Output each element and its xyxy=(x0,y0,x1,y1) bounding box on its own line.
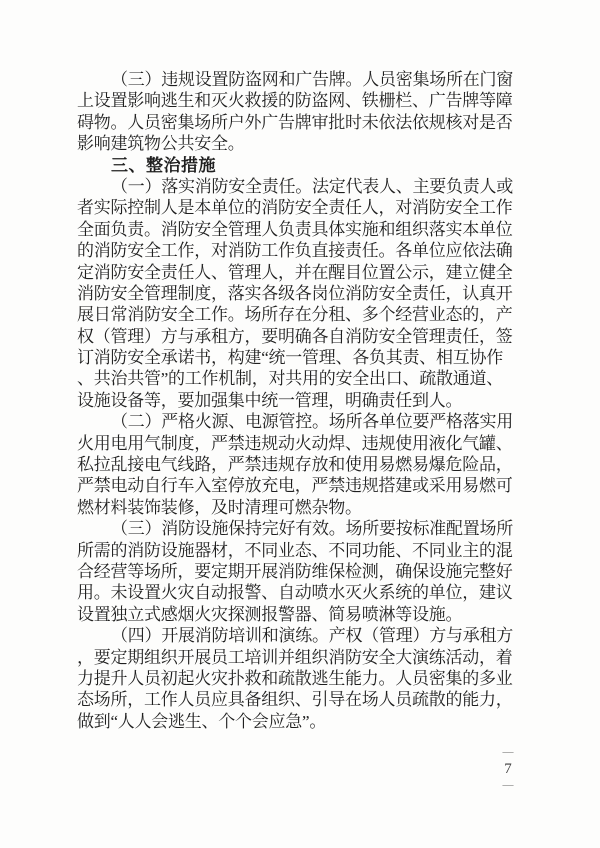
document-body: （三）违规设置防盗网和广告牌。人员密集场所在门窗上设置影响逃生和灭火救援的防盗网… xyxy=(77,69,522,732)
page-number-dash-bottom: — xyxy=(503,781,514,791)
text-line: 的消防安全工作，对消防工作负直接责任。各单位应依法确 xyxy=(77,240,522,261)
text-line: 定消防安全责任人、管理人，并在醒目位置公示，建立健全 xyxy=(77,262,522,283)
text-line: 设置独立式感烟火灾探测报警器、简易喷淋等设施。 xyxy=(77,604,522,625)
text-line: 私拉乱接电气线路，严禁违规存放和使用易燃易爆危险品， xyxy=(77,454,522,475)
text-line: 严禁电动自行车入室停放充电，严禁违规搭建或采用易燃可 xyxy=(77,475,522,496)
text-line: （四）开展消防培训和演练。产权（管理）方与承租方 xyxy=(77,625,522,646)
text-line: 展日常消防安全工作。场所存在分租、多个经营业态的，产 xyxy=(77,304,522,325)
text-line: 消防安全管理制度，落实各级各岗位消防安全责任，认真开 xyxy=(77,283,522,304)
document-page: （三）违规设置防盗网和广告牌。人员密集场所在门窗上设置影响逃生和灭火救援的防盗网… xyxy=(0,0,600,848)
text-line: （三）违规设置防盗网和广告牌。人员密集场所在门窗 xyxy=(77,69,522,90)
text-line: 力提升人员初起火灾扑救和疏散逃生能力。人员密集的多业 xyxy=(77,668,522,689)
page-number-value: 7 xyxy=(504,762,512,777)
page-number: — 7 — xyxy=(493,748,523,791)
text-line: 者实际控制人是本单位的消防安全责任人，对消防安全工作 xyxy=(77,197,522,218)
text-line: （二）严格火源、电源管控。场所各单位要严格落实用 xyxy=(77,411,522,432)
text-line: 权（管理）方与承租方，要明确各自消防安全管理责任，签 xyxy=(77,326,522,347)
text-line: 、共治共管”的工作机制，对共用的安全出口、疏散通道、 xyxy=(77,368,522,389)
text-line: 合经营等场所，要定期开展消防维保检测，确保设施完整好 xyxy=(77,561,522,582)
text-line: 燃材料装饰装修，及时清理可燃杂物。 xyxy=(77,497,522,518)
text-line: ，要定期组织开展员工培训并组织消防安全大演练活动，着 xyxy=(77,647,522,668)
text-line: （一）落实消防安全责任。法定代表人、主要负责人或 xyxy=(77,176,522,197)
text-line: 订消防安全承诺书，构建“统一管理、各负其责、相互协作 xyxy=(77,347,522,368)
text-line: 影响建筑物公共安全。 xyxy=(77,133,522,154)
section-heading: 三、整治措施 xyxy=(77,155,522,176)
text-line: 全面负责。消防安全管理人负责具体实施和组织落实本单位 xyxy=(77,219,522,240)
text-line: 用。未设置火灾自动报警、自动喷水灭火系统的单位，建议 xyxy=(77,582,522,603)
text-line: 做到“人人会逃生、个个会应急”。 xyxy=(77,711,522,732)
text-line: 碍物。人员密集场所户外广告牌审批时未依法依规核对是否 xyxy=(77,112,522,133)
text-line: 上设置影响逃生和灭火救援的防盗网、铁栅栏、广告牌等障 xyxy=(77,90,522,111)
text-line: 火用电用气制度，严禁违规动火动焊、违规使用液化气罐、 xyxy=(77,433,522,454)
text-line: 所需的消防设施器材，不同业态、不同功能、不同业主的混 xyxy=(77,540,522,561)
text-line: 态场所，工作人员应具备组织、引导在场人员疏散的能力， xyxy=(77,689,522,710)
page-number-dash-top: — xyxy=(503,748,514,758)
text-line: （三）消防设施保持完好有效。场所要按标准配置场所 xyxy=(77,518,522,539)
text-line: 设施设备等，要加强集中统一管理，明确责任到人。 xyxy=(77,390,522,411)
